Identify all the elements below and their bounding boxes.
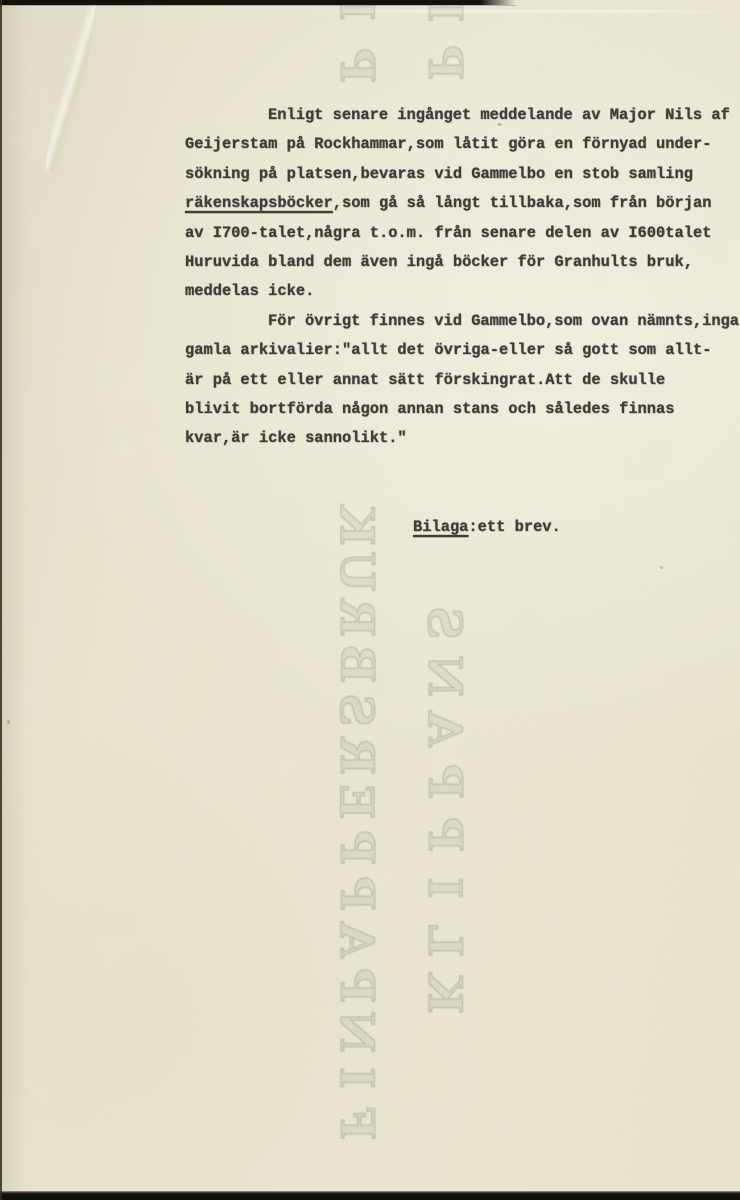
watermark-letter: K [412, 967, 478, 1020]
watermark-letter: E [324, 779, 390, 825]
attachment-note: Bilaga:ett brev. [413, 513, 561, 542]
watermark-letter: P [324, 825, 390, 871]
scan-edge-bottom [0, 1191, 740, 1200]
watermark-letter: B [324, 641, 390, 687]
text-line: För övrigt finnes vid Gammelbo,som ovan … [185, 307, 730, 336]
text-line: kvar,är icke sannolikt." [185, 424, 730, 453]
text-line: meddelas icke. [185, 277, 730, 306]
watermark-letter: U [324, 549, 390, 595]
watermark-letter: A [324, 917, 390, 963]
watermark-letter: N [412, 649, 478, 702]
attachment-label: Bilaga [413, 518, 468, 536]
watermark-letter: P [412, 755, 478, 808]
paper-speck [497, 123, 502, 126]
watermark-letter: P [412, 808, 478, 861]
watermark-right-column: SNAPPILK [412, 596, 478, 1020]
text-line: sökning på platsen,bevaras vid Gammelbo … [185, 160, 730, 189]
typewritten-body: Enligt senare ingånget meddelande av Maj… [185, 101, 730, 454]
text-line: blivit bortförda någon annan stans och s… [185, 395, 730, 424]
scanned-document-page: IP PP KURBSREPPAPNIF SNAPPILK Enligt sen… [0, 0, 740, 1200]
watermark-letter: N [324, 1009, 390, 1055]
watermark-letter: P [412, 0, 478, 34]
scan-edge-left [0, 0, 2, 1200]
watermark-letter: R [324, 733, 390, 779]
paper-crease [45, 0, 97, 175]
text-line: Geijerstam på Rockhammar,som låtit göra … [185, 130, 730, 159]
text-line: av I700-talet,några t.o.m. från senare d… [185, 219, 730, 248]
watermark-letter: P [324, 871, 390, 917]
text-line: Enligt senare ingånget meddelande av Maj… [185, 101, 730, 130]
watermark-letter: R [324, 595, 390, 641]
watermark-left-column: KURBSREPPAPNIF [324, 503, 390, 1147]
watermark-letter: P [412, 34, 478, 92]
watermark-top-partial-right: PP [412, 0, 478, 92]
watermark-letter: P [324, 963, 390, 1009]
paper-speck [660, 566, 663, 569]
paper-crease-horizontal [300, 10, 740, 13]
watermark-letter: L [412, 914, 478, 967]
left-edge-shading [0, 0, 28, 1200]
paper-speck [7, 720, 10, 724]
attachment-label-rest: :ett brev. [468, 518, 560, 536]
text-line: räkenskapsböcker,som gå så långt tillbak… [185, 189, 730, 218]
watermark-letter: A [412, 702, 478, 755]
paper-speck [610, 169, 614, 172]
watermark-letter: I [324, 0, 390, 38]
watermark-letter: I [412, 861, 478, 914]
watermark-letter: F [324, 1101, 390, 1147]
watermark-letter: P [324, 38, 390, 94]
watermark-letter: S [324, 687, 390, 733]
text-line: gamla arkivalier:"allt det övriga-eller … [185, 336, 730, 365]
watermark-letter: S [412, 596, 478, 649]
text-line: Huruvida bland dem även ingå böcker för … [185, 248, 730, 277]
text-line: är på ett eller annat sätt förskingrat.A… [185, 366, 730, 395]
scan-edge-top [0, 0, 516, 5]
watermark-top-partial-left: IP [324, 0, 390, 94]
watermark-letter: I [324, 1055, 390, 1101]
watermark-letter: K [324, 503, 390, 549]
